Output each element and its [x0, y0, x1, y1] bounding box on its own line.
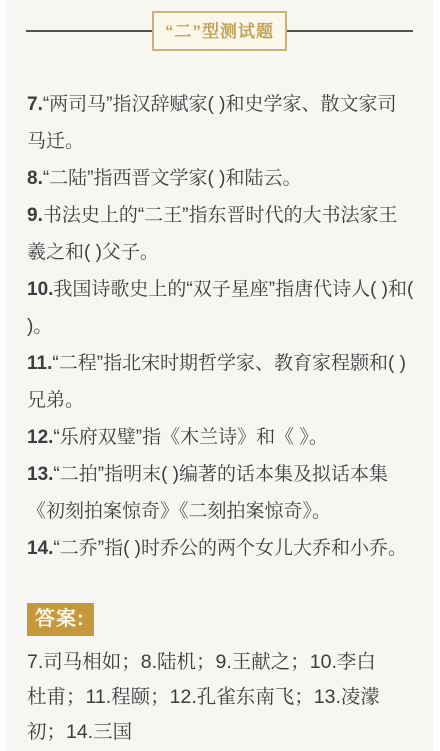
question-item-14: 14.“二乔”指( )时乔公的两个女儿大乔和小乔。	[27, 530, 414, 567]
question-text: “二陆”指西晋文学家( )和陆云。	[43, 168, 302, 189]
question-number: 8.	[27, 168, 43, 189]
question-number: 7.	[27, 94, 43, 115]
answers-label-badge: 答案:	[27, 603, 94, 636]
question-text: “乐府双璧”指《木兰诗》和《 》。	[53, 427, 327, 448]
question-item-12: 12.“乐府双璧”指《木兰诗》和《 》。	[27, 419, 414, 456]
header: “二”型测试题	[6, 0, 433, 52]
header-rule-right	[287, 30, 413, 32]
question-text: “二程”指北宋时期哲学家、教育家程颢和( )兄弟。	[27, 353, 406, 411]
question-number: 12.	[27, 427, 53, 448]
question-item-9: 9.书法史上的“二王”指东晋时代的大书法家王羲之和( )父子。	[27, 197, 414, 271]
question-text: 书法史上的“二王”指东晋时代的大书法家王羲之和( )父子。	[27, 205, 398, 263]
questions-section: 7.“两司马”指汉辞赋家( )和史学家、散文家司马迁。 8.“二陆”指西晋文学家…	[6, 86, 433, 567]
question-item-13: 13.“二拍”指明末( )编著的话本集及拟话本集《初刻拍案惊奇》《二刻拍案惊奇》…	[27, 456, 414, 530]
question-number: 9.	[27, 205, 43, 226]
question-item-8: 8.“二陆”指西晋文学家( )和陆云。	[27, 160, 414, 197]
page: “二”型测试题 7.“两司马”指汉辞赋家( )和史学家、散文家司马迁。 8.“二…	[0, 0, 440, 751]
page-title: “二”型测试题	[165, 22, 274, 41]
question-text: “两司马”指汉辞赋家( )和史学家、散文家司马迁。	[27, 94, 396, 152]
question-number: 10.	[27, 279, 53, 300]
page-title-badge: “二”型测试题	[152, 11, 287, 51]
question-number: 14.	[27, 538, 53, 559]
question-text: “二拍”指明末( )编著的话本集及拟话本集《初刻拍案惊奇》《二刻拍案惊奇》。	[27, 464, 388, 522]
question-item-11: 11.“二程”指北宋时期哲学家、教育家程颢和( )兄弟。	[27, 345, 414, 419]
question-number: 11.	[27, 353, 52, 374]
answers-section: 答案: 7.司马相如；8.陆机；9.王献之；10.李白 杜甫；11.程颐；12.…	[6, 603, 433, 750]
answers-text: 7.司马相如；8.陆机；9.王献之；10.李白 杜甫；11.程颐；12.孔雀东南…	[27, 645, 414, 750]
question-text: 我国诗歌史上的“双子星座”指唐代诗人( )和( )。	[27, 279, 413, 337]
question-item-10: 10.我国诗歌史上的“双子星座”指唐代诗人( )和( )。	[27, 271, 414, 345]
question-item-7: 7.“两司马”指汉辞赋家( )和史学家、散文家司马迁。	[27, 86, 414, 160]
question-text: “二乔”指( )时乔公的两个女儿大乔和小乔。	[53, 538, 407, 559]
content-area: “二”型测试题 7.“两司马”指汉辞赋家( )和史学家、散文家司马迁。 8.“二…	[6, 0, 433, 751]
question-number: 13.	[27, 464, 53, 485]
header-rule-left	[26, 30, 152, 32]
